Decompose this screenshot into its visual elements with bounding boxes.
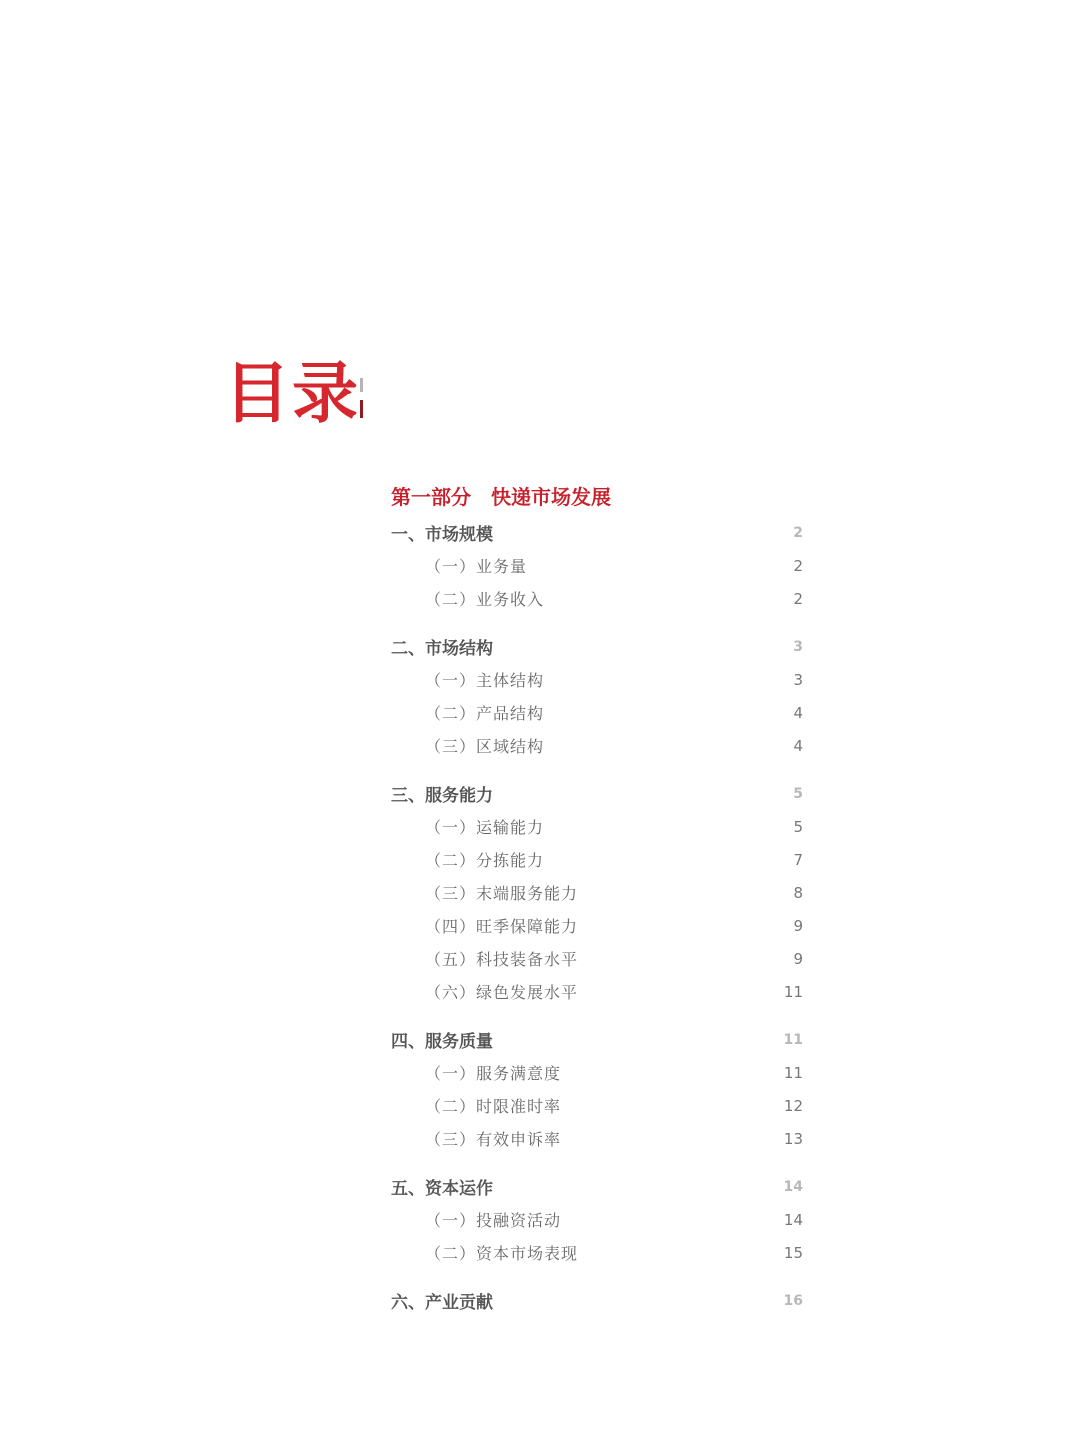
part-heading: 第一部分 快递市场发展 [391,482,803,512]
page-number: 12 [773,1097,803,1115]
page-number: 13 [773,1130,803,1148]
page-number: 9 [773,917,803,935]
toc-item[interactable]: （六）绿色发展水平11 [391,975,803,1008]
section-label: 一、市场规模 [391,520,493,545]
page-number: 14 [773,1211,803,1229]
toc-section-row[interactable]: 四、服务质量 11 [391,1023,803,1056]
section-label: 二、市场结构 [391,634,493,659]
item-label: （一）业务量 [391,554,527,577]
section-label: 四、服务质量 [391,1027,493,1052]
toc-section-row[interactable]: 五、资本运作 14 [391,1170,803,1203]
item-label: （三）末端服务能力 [391,881,578,904]
item-label: （一）服务满意度 [391,1061,561,1084]
item-label: （二）分拣能力 [391,848,544,871]
toc-item[interactable]: （三）有效申诉率13 [391,1122,803,1155]
page-number: 5 [773,818,803,836]
toc-item[interactable]: （二）时限准时率12 [391,1089,803,1122]
toc-item[interactable]: （二）业务收入2 [391,582,803,615]
section-label: 六、产业贡献 [391,1288,493,1313]
toc-item[interactable]: （三）区域结构4 [391,729,803,762]
toc-section-row[interactable]: 二、市场结构 3 [391,630,803,663]
toc-section: 五、资本运作 14 （一）投融资活动14 （二）资本市场表现15 [391,1170,803,1269]
item-label: （五）科技装备水平 [391,947,578,970]
toc-item[interactable]: （一）业务量2 [391,549,803,582]
page-number: 7 [773,851,803,869]
toc-section-row[interactable]: 一、市场规模 2 [391,516,803,549]
page-number: 4 [773,737,803,755]
page-number: 16 [773,1293,803,1309]
toc-item[interactable]: （二）分拣能力7 [391,843,803,876]
item-label: （六）绿色发展水平 [391,980,578,1003]
page-number: 11 [773,1064,803,1082]
item-label: （一）投融资活动 [391,1208,561,1231]
toc-item[interactable]: （三）末端服务能力8 [391,876,803,909]
toc-item[interactable]: （一）运输能力5 [391,810,803,843]
divider-gray [360,378,363,392]
divider-red [360,400,363,418]
toc-item[interactable]: （一）投融资活动14 [391,1203,803,1236]
title-divider [360,378,363,418]
toc-section-row[interactable]: 三、服务能力 5 [391,777,803,810]
page-number: 8 [773,884,803,902]
item-label: （一）运输能力 [391,815,544,838]
item-label: （一）主体结构 [391,668,544,691]
item-label: （三）区域结构 [391,734,544,757]
page-number: 14 [773,1179,803,1195]
toc-item[interactable]: （一）主体结构3 [391,663,803,696]
item-label: （二）产品结构 [391,701,544,724]
toc-item[interactable]: （一）服务满意度11 [391,1056,803,1089]
page-number: 2 [773,557,803,575]
page-number: 2 [773,525,803,541]
page-number: 15 [773,1244,803,1262]
toc-section-row[interactable]: 六、产业贡献 16 [391,1284,803,1317]
toc-section: 二、市场结构 3 （一）主体结构3 （二）产品结构4 （三）区域结构4 [391,630,803,762]
section-label: 五、资本运作 [391,1174,493,1199]
page-number: 4 [773,704,803,722]
page-title: 目录 [224,358,360,430]
page-number: 2 [773,590,803,608]
table-of-contents: 第一部分 快递市场发展 一、市场规模 2 （一）业务量2 （二）业务收入2 二、… [391,482,803,1332]
page-number: 11 [773,983,803,1001]
toc-section: 六、产业贡献 16 [391,1284,803,1317]
page-number: 9 [773,950,803,968]
toc-section: 四、服务质量 11 （一）服务满意度11 （二）时限准时率12 （三）有效申诉率… [391,1023,803,1155]
item-label: （二）资本市场表现 [391,1241,578,1264]
item-label: （三）有效申诉率 [391,1127,561,1150]
item-label: （四）旺季保障能力 [391,914,578,937]
item-label: （二）业务收入 [391,587,544,610]
page-number: 11 [773,1032,803,1048]
toc-section: 三、服务能力 5 （一）运输能力5 （二）分拣能力7 （三）末端服务能力8 （四… [391,777,803,1008]
section-label: 三、服务能力 [391,781,493,806]
page-number: 3 [773,671,803,689]
toc-item[interactable]: （五）科技装备水平9 [391,942,803,975]
toc-section: 一、市场规模 2 （一）业务量2 （二）业务收入2 [391,516,803,615]
item-label: （二）时限准时率 [391,1094,561,1117]
page-number: 5 [773,786,803,802]
page-number: 3 [773,639,803,655]
toc-item[interactable]: （二）产品结构4 [391,696,803,729]
toc-item[interactable]: （二）资本市场表现15 [391,1236,803,1269]
toc-item[interactable]: （四）旺季保障能力9 [391,909,803,942]
